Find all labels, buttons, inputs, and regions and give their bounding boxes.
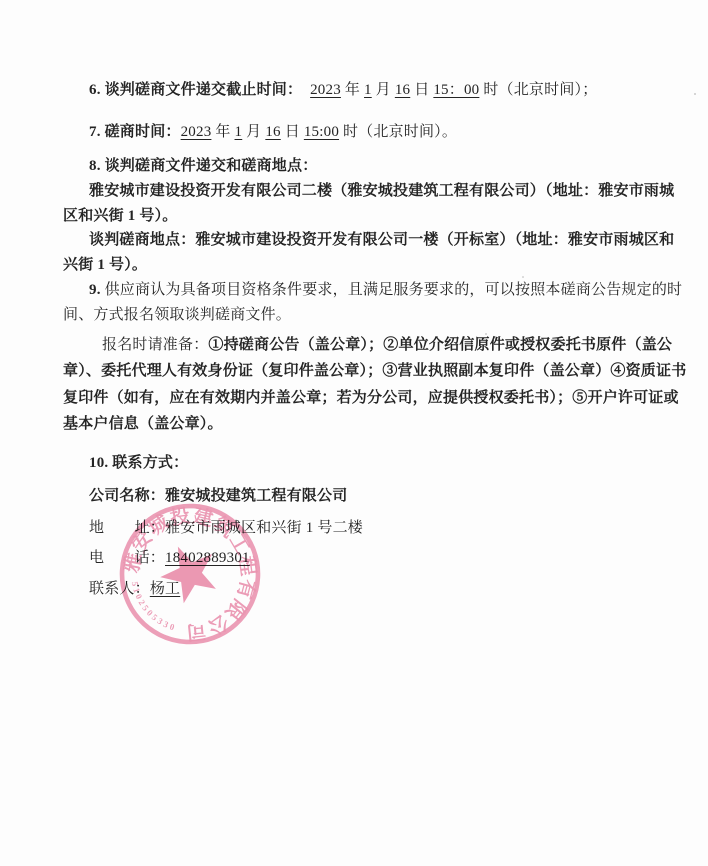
text-line-8: 间、方式报名领取谈判磋商文件。 xyxy=(63,305,291,326)
text-segment: 报名时请准备： xyxy=(102,337,208,353)
text-segment: 年 xyxy=(341,82,364,98)
text-segment: 时（北京时间）； xyxy=(479,82,597,98)
text-segment: 10. 联系方式： xyxy=(89,455,188,471)
text-segment: 月 xyxy=(242,124,265,140)
text-segment: 年 xyxy=(211,124,234,140)
text-segment: 复印件（如有，应在有效期内并盖公章；若为分公司，应提供授权委托书）；⑤开户许可证… xyxy=(63,390,679,406)
scanned-document-page: 6. 谈判磋商文件递交截止时间： 2023 年 1 月 16 日 15：00 时… xyxy=(0,0,708,866)
text-segment: 间、方式报名领取谈判磋商文件。 xyxy=(63,307,291,323)
text-segment: 6. 谈判磋商文件递交截止时间： xyxy=(89,82,302,98)
text-line-16: 电 话：18402889301 xyxy=(89,548,250,569)
text-segment: 地 址：雅安市雨城区和兴街 1 号二楼 xyxy=(89,520,363,536)
scan-speck-0 xyxy=(694,93,696,95)
text-segment: 1 xyxy=(364,82,372,98)
text-segment: 8. 谈判磋商文件递交和磋商地点： xyxy=(89,158,317,174)
text-segment: 18402889301 xyxy=(165,550,250,566)
text-line-0: 6. 谈判磋商文件递交截止时间： 2023 年 1 月 16 日 15：00 时… xyxy=(89,80,597,101)
text-line-11: 复印件（如有，应在有效期内并盖公章；若为分公司，应提供授权委托书）；⑤开户许可证… xyxy=(63,388,679,409)
text-segment: 9. xyxy=(89,282,105,298)
text-segment: 16 xyxy=(265,124,280,140)
text-segment: 日 xyxy=(281,124,304,140)
text-line-14: 公司名称：雅安城投建筑工程有限公司 xyxy=(89,486,347,507)
text-segment: 2023 xyxy=(310,82,341,98)
text-segment: 15：00 xyxy=(433,82,479,98)
text-line-4: 区和兴街 1 号）。 xyxy=(63,206,178,227)
text-segment: 7. 磋商时间： xyxy=(89,124,181,140)
text-segment: 月 xyxy=(372,82,395,98)
text-line-12: 基本户信息（盖公章）。 xyxy=(63,414,223,435)
text-segment: 联系人： xyxy=(89,581,150,597)
text-segment: 杨工 xyxy=(150,581,180,597)
text-line-9: 报名时请准备：①持磋商公告（盖公章）；②单位介绍信原件或授权委托书原件（盖公 xyxy=(102,335,672,356)
text-segment: 2023 xyxy=(181,124,212,140)
scan-speck-2 xyxy=(522,276,524,278)
text-segment: 15:00 xyxy=(304,124,339,140)
text-segment: 章）、委托代理人有效身份证（复印件盖公章）；③营业执照副本复印件（盖公章）④资质… xyxy=(63,363,686,379)
text-segment: 谈判磋商地点：雅安城市建设投资开发有限公司一楼（开标室）（地址：雅安市雨城区和 xyxy=(89,232,674,248)
text-segment: 日 xyxy=(410,82,433,98)
text-line-15: 地 址：雅安市雨城区和兴街 1 号二楼 xyxy=(89,518,363,539)
text-line-1: 7. 磋商时间：2023 年 1 月 16 日 15:00 时（北京时间）。 xyxy=(89,122,457,143)
text-segment: 时（北京时间）。 xyxy=(339,124,457,140)
text-line-13: 10. 联系方式： xyxy=(89,453,188,474)
text-segment: 兴街 1 号）。 xyxy=(63,257,147,273)
text-segment: 电 话： xyxy=(89,550,165,566)
text-segment: 基本户信息（盖公章）。 xyxy=(63,416,223,432)
text-line-6: 兴街 1 号）。 xyxy=(63,255,147,276)
text-segment: ①持磋商公告（盖公章）；②单位介绍信原件或授权委托书原件（盖公 xyxy=(208,337,672,353)
text-segment: 供应商认为具备项目资格条件要求，且满足服务要求的，可以按照本磋商公告规定的时 xyxy=(105,282,683,298)
text-line-7: 9. 供应商认为具备项目资格条件要求，且满足服务要求的，可以按照本磋商公告规定的… xyxy=(89,280,682,301)
text-line-2: 8. 谈判磋商文件递交和磋商地点： xyxy=(89,156,317,177)
text-line-17: 联系人：杨工 xyxy=(89,579,180,600)
text-line-5: 谈判磋商地点：雅安城市建设投资开发有限公司一楼（开标室）（地址：雅安市雨城区和 xyxy=(89,230,674,251)
text-line-10: 章）、委托代理人有效身份证（复印件盖公章）；③营业执照副本复印件（盖公章）④资质… xyxy=(63,361,686,382)
text-segment: 公司名称：雅安城投建筑工程有限公司 xyxy=(89,488,347,504)
text-segment: 雅安城市建设投资开发有限公司二楼（雅安城投建筑工程有限公司）（地址：雅安市雨城 xyxy=(89,183,674,199)
text-segment: 区和兴街 1 号）。 xyxy=(63,208,178,224)
text-segment: 16 xyxy=(395,82,410,98)
text-line-3: 雅安城市建设投资开发有限公司二楼（雅安城投建筑工程有限公司）（地址：雅安市雨城 xyxy=(89,181,674,202)
text-segment xyxy=(302,82,310,98)
